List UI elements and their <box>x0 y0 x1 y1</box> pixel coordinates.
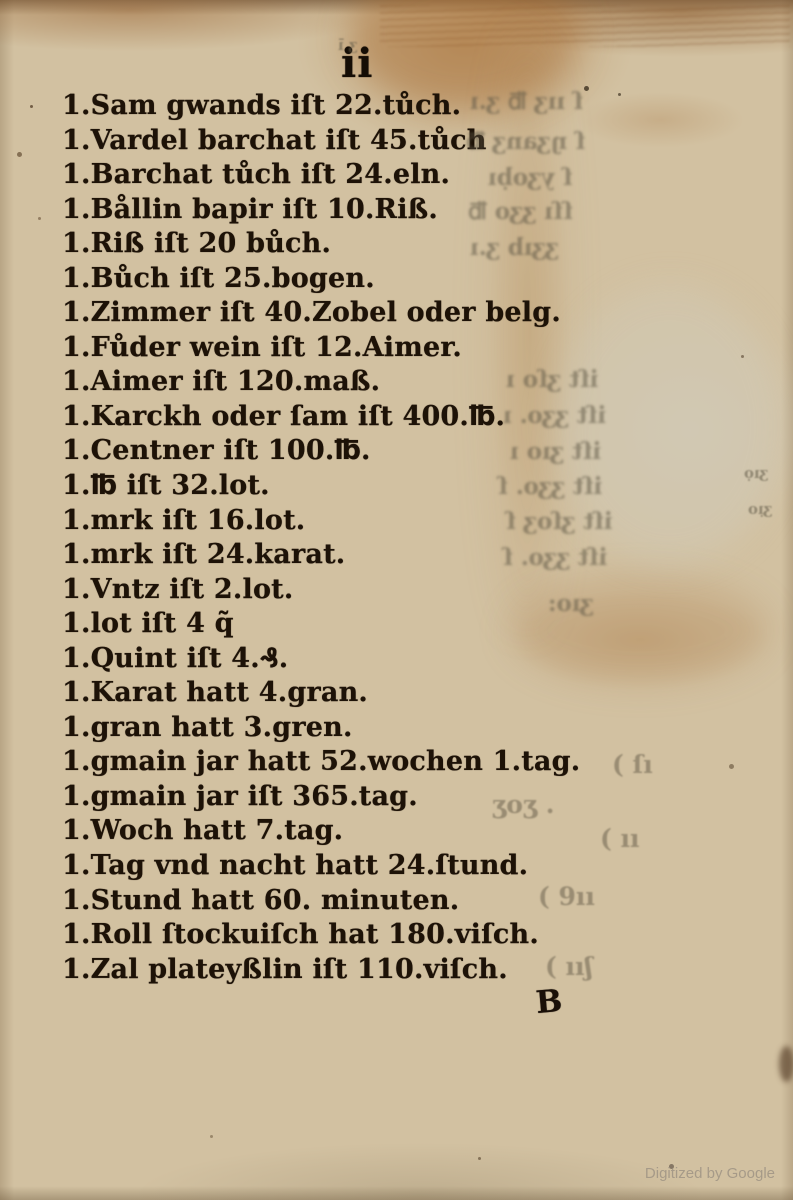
showthrough-text: iſt ʒſoʒ ſ <box>506 508 613 535</box>
text-line: 1.Tag vnd nacht hatt 24.ſtund. <box>62 850 580 885</box>
showthrough-text: ſ yʒoḅı <box>488 164 573 191</box>
showthrough-text: iſt ʒʒo. ı <box>503 402 606 429</box>
text-line: 1.gmain jar hatt 52.wochen 1.tag. <box>62 746 580 781</box>
showthrough-text: ſſı ʒʒo ℔ <box>468 198 573 225</box>
text-line: 1.Roll ſtockuiſch hat 180.viſch. <box>62 919 580 954</box>
scanned-book-page: ii 1.Sam gwands iſt 22.tůch. 1.Vardel ba… <box>0 0 793 1200</box>
text-line: 1.Bůch iſt 25.bogen. <box>62 263 580 298</box>
showthrough-text: ( ıı <box>600 824 640 853</box>
text-line: 1.mrk iſt 16.lot. <box>62 505 580 540</box>
showthrough-text: iſt ʒıo ı <box>510 438 601 465</box>
text-line: 1.Vntz iſt 2.lot. <box>62 574 580 609</box>
showthrough-text: ( ſı <box>612 750 653 779</box>
text-line: 1.Centner iſt 100.℔. <box>62 435 580 470</box>
text-line: 1.Karat hatt 4.gran. <box>62 677 580 712</box>
google-watermark: Digitized by Google <box>645 1165 775 1182</box>
showthrough-text: ʒıo: <box>548 590 594 617</box>
text-line: 1.Zimmer iſt 40.Zobel oder belg. <box>62 297 580 332</box>
paper-specks <box>30 105 33 108</box>
showthrough-text: ʒıọ <box>744 464 768 482</box>
showthrough-text: ( 9ıı <box>538 882 595 911</box>
text-line: 1.lot iſt 4 q̃ <box>62 608 580 643</box>
text-line: 1.Aimer iſt 120.maß. <box>62 366 580 401</box>
showthrough-text: ʒoʒ . <box>492 790 554 819</box>
ink-blot <box>779 1046 793 1082</box>
text-line: 1.Zal plateyßlin iſt 110.viſch. <box>62 954 580 989</box>
text-line: 1.Fůder wein iſt 12.Aimer. <box>62 332 580 367</box>
text-line: 1.Quint iſt 4.₰. <box>62 643 580 678</box>
text-line: 1.Woch hatt 7.tag. <box>62 815 580 850</box>
signature-mark: B <box>534 983 563 1021</box>
showthrough-text: ( ııʃ <box>545 952 593 981</box>
showthrough-text: ʒı̣o <box>748 500 772 518</box>
showthrough-text: iſt ʒʒo. ſ <box>503 544 607 571</box>
text-line: 1.Stund hatt 60. minuten. <box>62 885 580 920</box>
showthrough-text: ſ ŋʒanʒ ℔ <box>466 128 585 155</box>
showthrough-text: ʒʒıb ʒ.ı <box>470 234 559 261</box>
text-line: 1.gran hatt 3.gren. <box>62 712 580 747</box>
showthrough-text: ʒ ī <box>338 36 357 54</box>
showthrough-text: iſt ʒſo ı <box>506 366 598 393</box>
showthrough-text: iſt ʒʒo. ſ <box>498 473 602 500</box>
showthrough-text: ſ ııʒ ℔ ʒ.ı <box>470 88 583 115</box>
